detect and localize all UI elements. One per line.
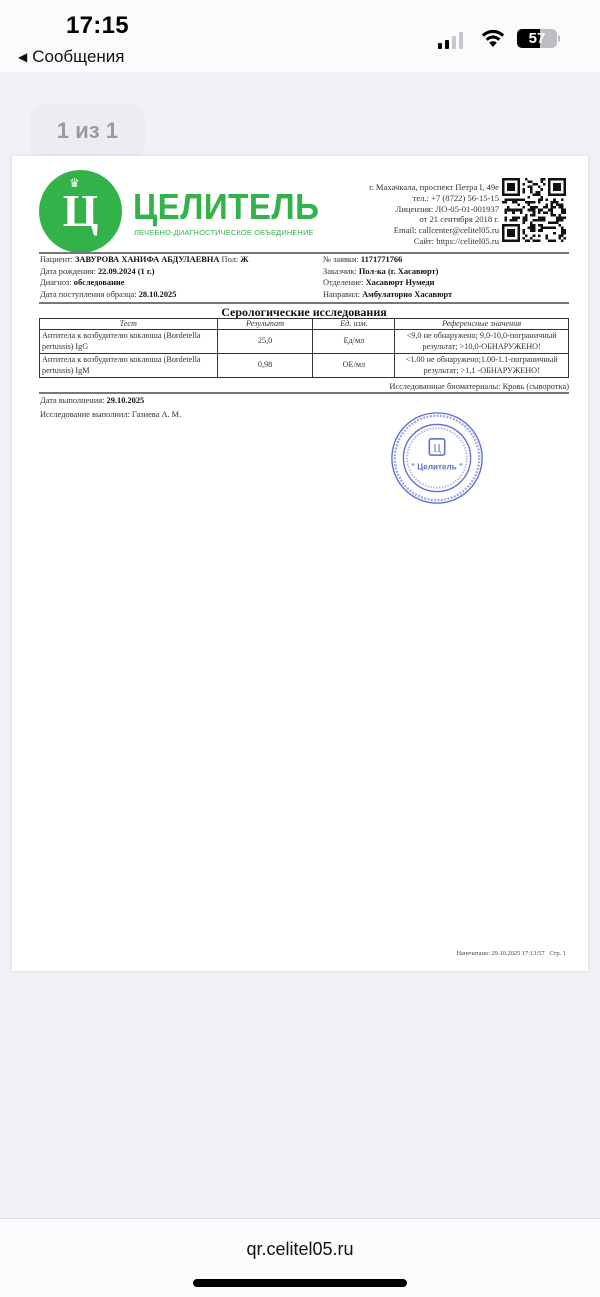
completed-row: Дата выполнения: 29.10.2025: [40, 394, 181, 408]
test-unit: ОЕ/мл: [313, 354, 395, 378]
col-unit: Ед. изм.: [313, 319, 395, 330]
test-reference: <1.00 не обнаружено;1.00-1.1-пограничный…: [395, 354, 569, 378]
qr-code-icon: [502, 178, 566, 242]
wifi-icon: [480, 26, 506, 48]
order-number: 1171771766: [361, 255, 402, 264]
battery-tip: [558, 35, 560, 42]
logo-letter: Ц: [39, 186, 122, 236]
clock: 17:15: [66, 12, 129, 40]
customer-row: Заказчик: Пол-ка (г. Хасавюрт): [323, 266, 452, 278]
bottom-bar: qr.celitel05.ru: [0, 1218, 600, 1297]
back-arrow-icon: ◀: [18, 50, 27, 64]
printed-footer: Напечатано: 29.10.2025 17:13:57 Стр. 1: [456, 950, 566, 957]
test-reference: <9,0 не обнаружено; 9,0-10,0-пограничный…: [395, 330, 569, 354]
department-row: Отделение: Хасавюрт Нумеди: [323, 277, 452, 289]
department: Хасавюрт Нумеди: [366, 278, 435, 287]
col-reference: Референсные значения: [395, 319, 569, 330]
test-result: 0,98: [217, 354, 313, 378]
order-no-row: № заявки: 1171771766: [323, 254, 452, 266]
biomaterial-note: Исследованные биоматериалы: Кровь (сывор…: [389, 382, 569, 391]
referred-by: Амбулаторно Хасавюрт: [362, 290, 452, 299]
contact-address: г. Махачкала, проспект Петра I, 49е: [369, 182, 499, 193]
order-info: № заявки: 1171771766 Заказчик: Пол-ка (г…: [323, 254, 452, 301]
received-row: Дата поступления образца: 28.10.2025: [40, 289, 249, 301]
col-result: Результат: [217, 319, 313, 330]
battery-percent: 57: [517, 29, 557, 48]
svg-text:" Целитель ": " Целитель ": [411, 463, 463, 472]
page-counter: 1 из 1: [30, 104, 145, 158]
clinic-contacts: г. Махачкала, проспект Петра I, 49е тел.…: [369, 182, 499, 247]
cellular-signal-icon: [438, 29, 463, 49]
test-unit: Ед/мл: [313, 330, 395, 354]
patient-dob: 22.09.2024 (1 г.): [98, 267, 155, 276]
home-indicator[interactable]: [193, 1279, 407, 1287]
contact-phone: тел.: +7 (8722) 56-15-15: [369, 193, 499, 204]
contact-website: Сайт: https://celitel05.ru: [369, 236, 499, 247]
back-to-messages-button[interactable]: ◀ Сообщения: [18, 47, 125, 67]
battery-icon: 57: [517, 29, 557, 48]
patient-row: Пациент: ЗАВУРОВА ХАНИФА АБДУЛАЕВНА Пол:…: [40, 254, 249, 266]
document-page[interactable]: ♛ Ц ЦЕЛИТЕЛЬ ЛЕЧЕБНО-ДИАГНОСТИЧЕСКОЕ ОБЪ…: [12, 156, 588, 971]
results-table: Тест Результат Ед. изм. Референсные знач…: [39, 318, 569, 378]
referred-row: Направил: Амбулаторно Хасавюрт: [323, 289, 452, 301]
back-label: Сообщения: [32, 47, 124, 67]
table-header-row: Тест Результат Ед. изм. Референсные знач…: [40, 319, 569, 330]
table-row: Антитела к возбудителю коклюша (Bordetel…: [40, 354, 569, 378]
table-row: Антитела к возбудителю коклюша (Bordetel…: [40, 330, 569, 354]
completed-date: 29.10.2025: [107, 396, 145, 405]
diagnosis: обследование: [74, 278, 125, 287]
patient-sex: Ж: [240, 255, 248, 264]
page-number: Стр. 1: [549, 950, 566, 957]
status-bar: 17:15 ◀ Сообщения 57: [0, 0, 600, 72]
brand-subtitle: ЛЕЧЕБНО-ДИАГНОСТИЧЕСКОЕ ОБЪЕДИНЕНИЕ: [134, 228, 314, 237]
completion-info: Дата выполнения: 29.10.2025 Исследование…: [40, 394, 181, 422]
patient-name: ЗАВУРОВА ХАНИФА АБДУЛАЕВНА: [75, 255, 219, 264]
test-result: 25,0: [217, 330, 313, 354]
dob-row: Дата рождения: 22.09.2024 (1 г.): [40, 266, 249, 278]
performed-by: Исследование выполнил: Газиева А. М.: [40, 408, 181, 422]
patient-info: Пациент: ЗАВУРОВА ХАНИФА АБДУЛАЕВНА Пол:…: [40, 254, 249, 301]
brand-name: ЦЕЛИТЕЛЬ: [133, 186, 319, 228]
col-test: Тест: [40, 319, 218, 330]
contact-email: Email: callcenter@celitel05.ru: [369, 225, 499, 236]
sample-received-date: 28.10.2025: [139, 290, 177, 299]
clinic-stamp-icon: Ц " Целитель ": [389, 410, 485, 506]
diagnosis-row: Диагноз: обследование: [40, 277, 249, 289]
svg-text:Ц: Ц: [433, 443, 441, 454]
divider: [39, 302, 569, 304]
clinic-logo-icon: ♛ Ц: [39, 170, 122, 253]
printed-timestamp: Напечатано: 29.10.2025 17:13:57: [456, 950, 544, 957]
test-name: Антитела к возбудителю коклюша (Bordetel…: [40, 354, 218, 378]
customer: Пол-ка (г. Хасавюрт): [359, 267, 439, 276]
test-name: Антитела к возбудителю коклюша (Bordetel…: [40, 330, 218, 354]
source-url-link[interactable]: qr.celitel05.ru: [0, 1239, 600, 1260]
contact-license-date: от 21 сентября 2018 г.: [369, 214, 499, 225]
contact-license: Лицензия: ЛО-05-01-001937: [369, 204, 499, 215]
